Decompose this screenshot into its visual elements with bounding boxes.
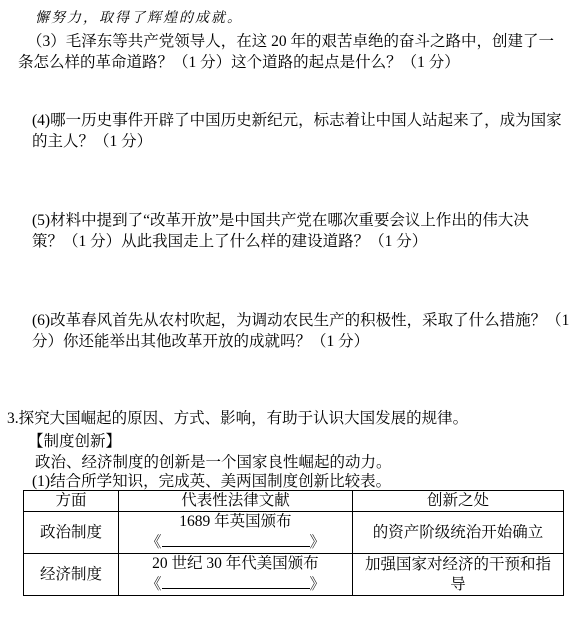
intro-continuation-line: 懈努力，取得了辉煌的成就。 bbox=[35, 8, 243, 29]
table-header-row: 方面 代表性法律文献 创新之处 bbox=[24, 491, 564, 512]
bracket-close: 》 bbox=[310, 576, 326, 593]
question-5-line-2: 策？（1 分）从此我国走上了什么样的建设道路？（1 分） bbox=[32, 231, 529, 252]
question-3-line-2: 条怎么样的革命道路？（1 分）这个道路的起点是什么？（1 分） bbox=[18, 52, 554, 73]
question-6-line-2: 分）你还能举出其他改革开放的成就吗？（1 分） bbox=[32, 331, 569, 352]
innovation-economic-line-1: 加强国家对经济的干预和指 bbox=[353, 555, 563, 575]
cell-aspect-political: 政治制度 bbox=[24, 512, 119, 554]
cell-doc-political: 1689 年英国颁布 《》 bbox=[119, 512, 353, 554]
question-6: (6)改革春风首先从农村吹起，为调动农民生产的积极性，采取了什么措施？（1 分）… bbox=[32, 310, 569, 352]
section-3-intro: 政治、经济制度的创新是一个国家良性崛起的动力。 bbox=[35, 452, 392, 473]
cell-innovation-political: 的资产阶级统治开始确立 bbox=[353, 512, 564, 554]
section-3-heading: 3.探究大国崛起的原因、方式、影响，有助于认识大国发展的规律。 bbox=[7, 408, 468, 429]
doc-text-political: 1689 年英国颁布 bbox=[119, 512, 352, 532]
institution-comparison-table: 方面 代表性法律文献 创新之处 政治制度 1689 年英国颁布 《》 的资产阶级… bbox=[23, 490, 564, 596]
cell-innovation-economic: 加强国家对经济的干预和指 导 bbox=[353, 554, 564, 596]
question-5-line-1: (5)材料中提到了“改革开放”是中国共产党在哪次重要会议上作出的伟大决 bbox=[32, 210, 529, 231]
question-4: (4)哪一历史事件开辟了中国历史新纪元，标志着让中国人站起来了，成为国家 的主人… bbox=[32, 110, 562, 152]
question-3: （3）毛泽东等共产党领导人，在这 20 年的艰苦卓绝的奋斗之路中，创建了一 条怎… bbox=[18, 31, 554, 73]
table-row-economic: 经济制度 20 世纪 30 年代美国颁布 《》 加强国家对经济的干预和指 导 bbox=[24, 554, 564, 596]
cell-doc-economic: 20 世纪 30 年代美国颁布 《》 bbox=[119, 554, 353, 596]
header-document: 代表性法律文献 bbox=[119, 491, 353, 512]
question-4-line-2: 的主人？（1 分） bbox=[32, 131, 562, 152]
exam-document-page: 懈努力，取得了辉煌的成就。 （3）毛泽东等共产党领导人，在这 20 年的艰苦卓绝… bbox=[0, 0, 585, 632]
fill-in-blank-line bbox=[162, 574, 310, 589]
table-row-political: 政治制度 1689 年英国颁布 《》 的资产阶级统治开始确立 bbox=[24, 512, 564, 554]
innovation-economic-line-2: 导 bbox=[353, 575, 563, 595]
question-5: (5)材料中提到了“改革开放”是中国共产党在哪次重要会议上作出的伟大决 策？（1… bbox=[32, 210, 529, 252]
header-innovation: 创新之处 bbox=[353, 491, 564, 512]
cell-aspect-economic: 经济制度 bbox=[24, 554, 119, 596]
doc-text-economic: 20 世纪 30 年代美国颁布 bbox=[119, 554, 352, 574]
header-aspect: 方面 bbox=[24, 491, 119, 512]
question-4-line-1: (4)哪一历史事件开辟了中国历史新纪元，标志着让中国人站起来了，成为国家 bbox=[32, 110, 562, 131]
question-3-line-1: （3）毛泽东等共产党领导人，在这 20 年的艰苦卓绝的奋斗之路中，创建了一 bbox=[27, 31, 554, 52]
question-6-line-1: (6)改革春风首先从农村吹起，为调动农民生产的积极性，采取了什么措施？（1 bbox=[32, 310, 569, 331]
doc-blank-economic: 《》 bbox=[119, 574, 352, 595]
bracket-open: 《 bbox=[146, 534, 162, 551]
section-3-topic-tag: 【制度创新】 bbox=[28, 431, 121, 452]
fill-in-blank-line bbox=[162, 532, 310, 547]
bracket-close: 》 bbox=[310, 534, 326, 551]
doc-blank-political: 《》 bbox=[119, 532, 352, 553]
bracket-open: 《 bbox=[146, 576, 162, 593]
section-3-sub-question: (1)结合所学知识，完成英、美两国制度创新比较表。 bbox=[32, 471, 391, 492]
